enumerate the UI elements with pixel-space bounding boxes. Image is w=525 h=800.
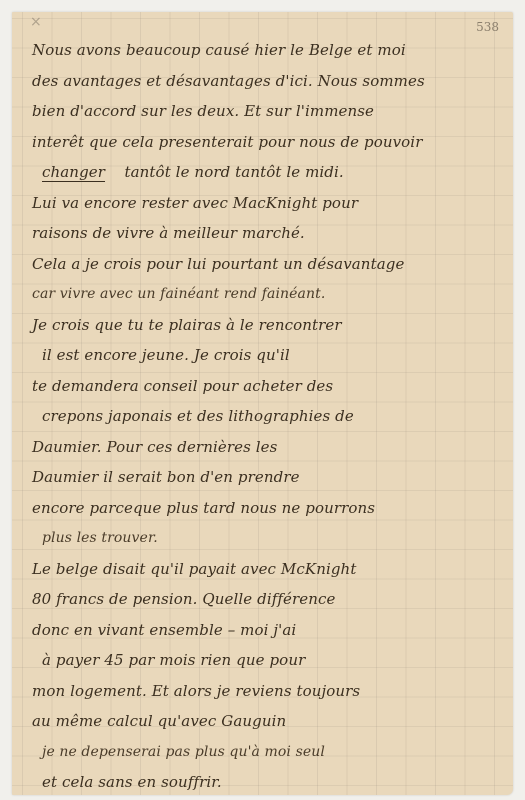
- text-line: à payer 45 par mois rien que pour: [32, 645, 512, 676]
- text-line: encore parceque plus tard nous ne pourro…: [32, 493, 512, 524]
- text-line: et cela sans en souffrir.: [32, 767, 512, 798]
- corner-mark: ×: [30, 14, 42, 30]
- text-line: 80 francs de pension. Quelle différence: [32, 584, 512, 615]
- text-line: donc en vivant ensemble – moi j'ai: [32, 615, 512, 646]
- text-line: interêt que cela presenterait pour nous …: [32, 127, 512, 158]
- text-line: je ne depenserai pas plus qu'à moi seul: [32, 737, 512, 768]
- text-line: te demandera conseil pour acheter des: [32, 371, 512, 402]
- text-line: changer tantôt le nord tantôt le midi.: [32, 157, 512, 188]
- page-number: 538: [476, 20, 499, 34]
- letter-page: × 538 Nous avons beaucoup causé hier le …: [12, 12, 513, 795]
- text-line: au même calcul qu'avec Gauguin: [32, 706, 512, 737]
- text-line: Le belge disait qu'il payait avec McKnig…: [32, 554, 512, 585]
- text-line: crepons japonais et des lithographies de: [32, 401, 512, 432]
- text-line: Nous avons beaucoup causé hier le Belge …: [32, 35, 512, 66]
- text-line: Daumier il serait bon d'en prendre: [32, 462, 512, 493]
- text-line: car vivre avec un fainéant rend fainéant…: [32, 279, 512, 310]
- text-line: Lui va encore rester avec MacKnight pour: [32, 188, 512, 219]
- text-line: bien d'accord sur les deux. Et sur l'imm…: [32, 96, 512, 127]
- underlined-word: changer: [42, 163, 105, 181]
- handwritten-text: Nous avons beaucoup causé hier le Belge …: [32, 35, 512, 798]
- text-line: raisons de vivre à meilleur marché.: [32, 218, 512, 249]
- text-line: il est encore jeune. Je crois qu'il: [32, 340, 512, 371]
- text-line: des avantages et désavantages d'ici. Nou…: [32, 66, 512, 97]
- text-line-rest: tantôt le nord tantôt le midi.: [125, 163, 344, 181]
- text-line: Je crois que tu te plairas à le rencontr…: [32, 310, 512, 341]
- text-line: mon logement. Et alors je reviens toujou…: [32, 676, 512, 707]
- text-line: plus les trouver.: [32, 523, 512, 554]
- text-line: Cela a je crois pour lui pourtant un dés…: [32, 249, 512, 280]
- text-line: Daumier. Pour ces dernières les: [32, 432, 512, 463]
